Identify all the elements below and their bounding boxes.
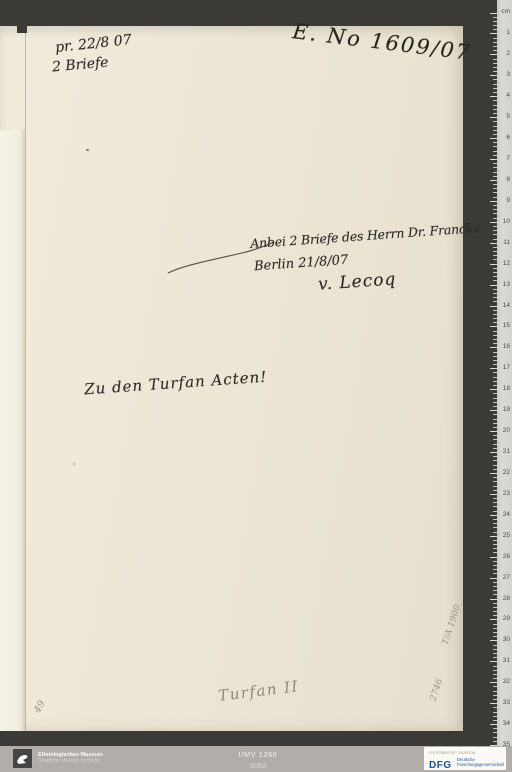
ruler-tick-minor (493, 393, 497, 394)
ruler-tick-minor (493, 372, 497, 373)
ruler-tick-minor (493, 502, 497, 503)
ruler-tick-major (490, 222, 497, 223)
ruler-number: 25 (498, 532, 510, 539)
ruler-tick-minor (493, 636, 497, 637)
ruler-tick-minor (493, 289, 497, 290)
ruler-tick-minor (493, 716, 497, 717)
dfg-logo: DFG Deutsche Forschungsgemeinschaft (429, 755, 452, 772)
ruler-tick-minor (493, 590, 497, 591)
ruler-tick-minor (493, 544, 497, 545)
ruler-tick-minor (493, 297, 497, 298)
page-edge-notch (17, 26, 27, 33)
ruler-tick-major (490, 347, 497, 348)
ruler-tick-major (490, 201, 497, 202)
ruler-tick-major (490, 619, 497, 620)
ruler-number: 26 (498, 553, 510, 560)
ruler-tick-major (490, 682, 497, 683)
ruler-tick-major (490, 75, 497, 76)
ruler-tick-minor (493, 126, 497, 127)
ruler-tick-major (490, 326, 497, 327)
ruler-tick-minor (493, 251, 497, 252)
ruler: cm 1234567891011121314151617181920212223… (497, 0, 512, 746)
ruler-tick-minor (493, 586, 497, 587)
ruler-tick-minor (493, 352, 497, 353)
ruler-tick-minor (493, 569, 497, 570)
ruler-number: 28 (498, 595, 510, 602)
ruler-number: 34 (498, 720, 510, 727)
ruler-tick-minor (493, 607, 497, 608)
ruler-tick-minor (493, 465, 497, 466)
ruler-number: 23 (498, 490, 510, 497)
dfg-logo-box: GEFÖRDERT DURCH DFG Deutsche Forschungsg… (424, 747, 506, 770)
ruler-tick-minor (493, 255, 497, 256)
ruler-tick-minor (493, 280, 497, 281)
ruler-tick-minor (493, 301, 497, 302)
ruler-number: 4 (498, 92, 510, 99)
museum-subtitle: Staatliche Museen zu Berlin (38, 758, 103, 764)
ruler-tick-minor (493, 184, 497, 185)
ruler-tick-minor (493, 732, 497, 733)
ruler-tick-minor (493, 259, 497, 260)
ruler-tick-minor (493, 71, 497, 72)
ruler-tick-minor (493, 197, 497, 198)
ruler-tick-major (490, 96, 497, 97)
ruler-tick-minor (493, 167, 497, 168)
ruler-tick-minor (493, 293, 497, 294)
ruler-tick-minor (493, 84, 497, 85)
ruler-tick-minor (493, 423, 497, 424)
ruler-number: 22 (498, 469, 510, 476)
ruler-tick-minor (493, 205, 497, 206)
dfg-name-line2: Forschungsgemeinschaft (457, 762, 504, 767)
ruler-tick-minor (493, 456, 497, 457)
ruler-tick-minor (493, 419, 497, 420)
scan-viewport: pr. 22/8 07 2 Briefe E. No 1609/07 Anbei… (0, 0, 512, 772)
ruler-number: 27 (498, 574, 510, 581)
ruler-tick-minor (493, 486, 497, 487)
ruler-tick-minor (493, 552, 497, 553)
archive-id-block: I/MV 1266 0052 (239, 750, 278, 770)
ruler-number: 32 (498, 678, 510, 685)
ruler-tick-minor (493, 155, 497, 156)
ruler-number: 2 (498, 50, 510, 57)
ruler-tick-minor (493, 657, 497, 658)
ruler-tick-major (490, 138, 497, 139)
ruler-tick-minor (493, 469, 497, 470)
ruler-tick-minor (493, 414, 497, 415)
ruler-tick-minor (493, 322, 497, 323)
ruler-tick-minor (493, 356, 497, 357)
ruler-tick-minor (493, 527, 497, 528)
binding-crease (25, 28, 26, 731)
ruler-number: 8 (498, 176, 510, 183)
ruler-tick-minor (493, 88, 497, 89)
ruler-tick-minor (493, 268, 497, 269)
ruler-tick-minor (493, 209, 497, 210)
ruler-tick-major (490, 264, 497, 265)
ruler-tick-minor (493, 506, 497, 507)
ruler-tick-minor (493, 213, 497, 214)
ruler-tick-minor (493, 343, 497, 344)
ruler-tick-minor (493, 146, 497, 147)
ink-speck (73, 463, 75, 465)
ruler-tick-minor (493, 50, 497, 51)
ruler-tick-major (490, 515, 497, 516)
ruler-tick-minor (493, 406, 497, 407)
ruler-tick-minor (493, 331, 497, 332)
museum-text-block: Ethnologisches Museum Staatliche Museen … (38, 752, 103, 764)
ruler-tick-minor (493, 339, 497, 340)
ruler-tick-minor (493, 335, 497, 336)
ruler-tick-major (490, 33, 497, 34)
ruler-tick-major (490, 452, 497, 453)
ruler-number: 12 (498, 260, 510, 267)
archive-id: I/MV 1266 (239, 750, 278, 759)
ruler-tick-major (490, 54, 497, 55)
ruler-tick-minor (493, 176, 497, 177)
ruler-tick-minor (493, 632, 497, 633)
ruler-tick-minor (493, 192, 497, 193)
ruler-tick-major (490, 494, 497, 495)
ruler-tick-minor (493, 360, 497, 361)
ruler-tick-minor (493, 218, 497, 219)
ruler-tick-minor (493, 481, 497, 482)
ruler-tick-minor (493, 624, 497, 625)
ruler-tick-minor (493, 741, 497, 742)
ruler-tick-minor (493, 42, 497, 43)
ruler-tick-major (490, 661, 497, 662)
ruler-tick-minor (493, 105, 497, 106)
ruler-tick-major (490, 306, 497, 307)
ruler-tick-major (490, 703, 497, 704)
ruler-tick-minor (493, 737, 497, 738)
ruler-tick-minor (493, 113, 497, 114)
ruler-tick-minor (493, 615, 497, 616)
ruler-number: 30 (498, 636, 510, 643)
ruler-tick-minor (493, 565, 497, 566)
ruler-tick-minor (493, 109, 497, 110)
ruler-tick-major (490, 285, 497, 286)
ruler-tick-minor (493, 402, 497, 403)
ruler-tick-minor (493, 498, 497, 499)
dfg-acronym: DFG (429, 760, 452, 771)
ruler-tick-major (490, 724, 497, 725)
ruler-tick-minor (493, 628, 497, 629)
ruler-tick-minor (493, 398, 497, 399)
ruler-number: 31 (498, 657, 510, 664)
ruler-tick-minor (493, 477, 497, 478)
ruler-tick-minor (493, 142, 497, 143)
ruler-tick-minor (493, 561, 497, 562)
ruler-tick-major (490, 368, 497, 369)
ruler-tick-minor (493, 172, 497, 173)
ruler-number: 15 (498, 322, 510, 329)
ruler-tick-minor (493, 385, 497, 386)
ruler-tick-minor (493, 674, 497, 675)
ruler-tick-minor (493, 548, 497, 549)
ruler-number: 33 (498, 699, 510, 706)
ruler-tick-major (490, 243, 497, 244)
ruler-tick-major (490, 389, 497, 390)
ruler-tick-minor (493, 67, 497, 68)
ruler-tick-minor (493, 540, 497, 541)
ruler-number: 29 (498, 615, 510, 622)
ruler-tick-minor (493, 377, 497, 378)
ruler-number: 18 (498, 385, 510, 392)
ruler-number: 9 (498, 197, 510, 204)
ruler-tick-minor (493, 460, 497, 461)
ruler-unit-label: cm (497, 8, 510, 15)
ruler-tick-minor (493, 712, 497, 713)
ruler-tick-minor (493, 276, 497, 277)
ruler-number: 7 (498, 155, 510, 162)
ruler-tick-minor (493, 314, 497, 315)
ruler-tick-minor (493, 686, 497, 687)
ruler-tick-minor (493, 435, 497, 436)
ruler-tick-minor (493, 611, 497, 612)
ruler-tick-minor (493, 699, 497, 700)
ruler-tick-minor (493, 364, 497, 365)
ruler-tick-major (490, 599, 497, 600)
ruler-tick-minor (493, 310, 497, 311)
ruler-tick-minor (493, 92, 497, 93)
ruler-number: 13 (498, 281, 510, 288)
ruler-tick-minor (493, 38, 497, 39)
ruler-tick-minor (493, 594, 497, 595)
ruler-number: 3 (498, 71, 510, 78)
ruler-tick-minor (493, 272, 497, 273)
ruler-tick-major (490, 431, 497, 432)
ruler-tick-minor (493, 728, 497, 729)
ruler-tick-minor (493, 532, 497, 533)
ruler-tick-minor (493, 188, 497, 189)
ruler-number: 6 (498, 134, 510, 141)
ruler-tick-minor (493, 130, 497, 131)
ruler-tick-minor (493, 381, 497, 382)
ruler-tick-minor (493, 439, 497, 440)
ruler-tick-minor (493, 226, 497, 227)
ruler-tick-minor (493, 582, 497, 583)
ruler-tick-minor (493, 666, 497, 667)
ruler-tick-major (490, 557, 497, 558)
museum-logo (13, 749, 32, 768)
ruler-tick-minor (493, 318, 497, 319)
ruler-tick-major (490, 640, 497, 641)
ruler-tick-minor (493, 151, 497, 152)
dfg-full-name: Deutsche Forschungsgemeinschaft (457, 757, 504, 767)
ruler-tick-minor (493, 21, 497, 22)
museum-logo-icon (13, 749, 32, 768)
ruler-number: 5 (498, 113, 510, 120)
ruler-number: 20 (498, 427, 510, 434)
ruler-tick-minor (493, 519, 497, 520)
ruler-tick-minor (493, 720, 497, 721)
ruler-number: 14 (498, 302, 510, 309)
ruler-tick-minor (493, 444, 497, 445)
ruler-tick-minor (493, 645, 497, 646)
ruler-tick-minor (493, 25, 497, 26)
ruler-tick-minor (493, 511, 497, 512)
ruler-number: 1 (498, 29, 510, 36)
ruler-tick-major (490, 117, 497, 118)
ruler-tick-major (490, 410, 497, 411)
ruler-tick-minor (493, 247, 497, 248)
ruler-tick-minor (493, 46, 497, 47)
ruler-tick-minor (493, 678, 497, 679)
ruler-tick-minor (493, 100, 497, 101)
ruler-tick-minor (493, 79, 497, 80)
ruler-tick-major (490, 473, 497, 474)
ruler-number: 19 (498, 406, 510, 413)
ruler-number: 10 (498, 218, 510, 225)
ruler-tick-minor (493, 490, 497, 491)
ruler-tick-minor (493, 603, 497, 604)
ruler-tick-minor (493, 230, 497, 231)
ruler-tick-major (490, 180, 497, 181)
scan-page-number: 0052 (239, 761, 278, 770)
ruler-tick-minor (493, 427, 497, 428)
ruler-number: 24 (498, 511, 510, 518)
ruler-tick-minor (493, 163, 497, 164)
ruler-tick-major (490, 578, 497, 579)
ruler-tick-minor (493, 523, 497, 524)
ruler-tick-minor (493, 448, 497, 449)
ruler-tick-major (490, 13, 497, 14)
ruler-tick-minor (493, 134, 497, 135)
ruler-tick-minor (493, 695, 497, 696)
ruler-number: 16 (498, 343, 510, 350)
ruler-tick-minor (493, 691, 497, 692)
ruler-number: 11 (498, 239, 510, 246)
ruler-tick-minor (493, 29, 497, 30)
ruler-tick-minor (493, 670, 497, 671)
ruler-tick-minor (493, 707, 497, 708)
ruler-tick-minor (493, 653, 497, 654)
ruler-tick-major (490, 159, 497, 160)
ruler-tick-minor (493, 63, 497, 64)
underlying-sheet-edge (0, 130, 25, 731)
ruler-tick-minor (493, 649, 497, 650)
ruler-number: 17 (498, 364, 510, 371)
footer-bar: Ethnologisches Museum Staatliche Museen … (0, 746, 512, 772)
ruler-tick-minor (493, 121, 497, 122)
ruler-tick-minor (493, 17, 497, 18)
ruler-tick-minor (493, 239, 497, 240)
ruler-tick-major (490, 536, 497, 537)
ruler-number: 21 (498, 448, 510, 455)
ruler-tick-minor (493, 234, 497, 235)
ruler-tick-minor (493, 59, 497, 60)
ink-speck (86, 149, 89, 151)
ruler-tick-minor (493, 573, 497, 574)
